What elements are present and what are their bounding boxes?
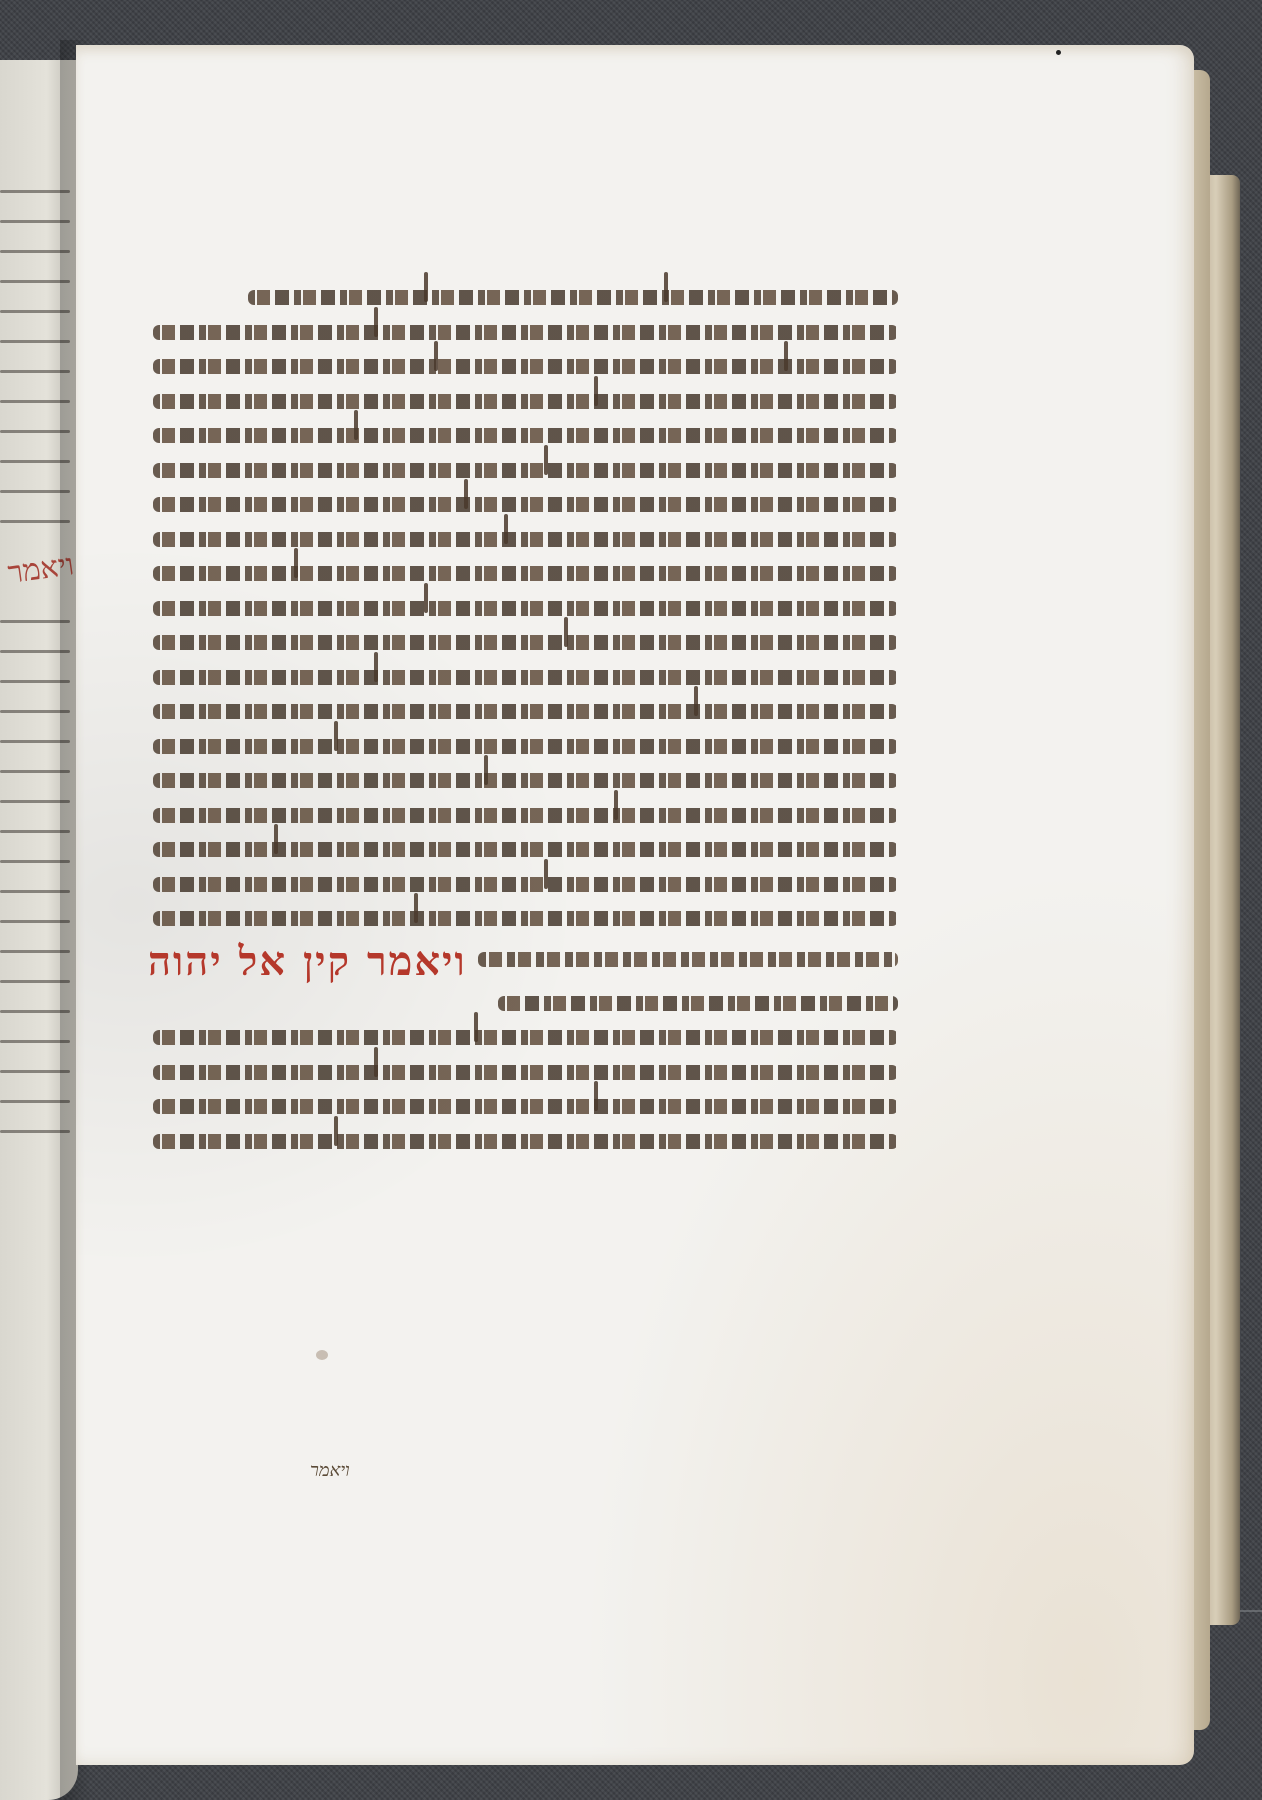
text-line <box>148 1089 898 1124</box>
text-line <box>148 556 898 591</box>
text-line <box>148 625 898 660</box>
text-line <box>148 1124 898 1159</box>
red-rubric-heading: ויאמר קין אל יהוה <box>148 938 467 985</box>
text-line <box>148 453 898 488</box>
text-line <box>148 522 898 557</box>
ink-spot <box>316 1350 328 1360</box>
text-line <box>148 280 898 315</box>
main-text-block: ויאמר קין אל יהוה <box>148 280 898 1158</box>
text-line <box>148 763 898 798</box>
text-line <box>148 591 898 626</box>
pin-hole <box>1056 50 1061 55</box>
text-line <box>148 901 898 936</box>
rubric-line: ויאמר קין אל יהוה <box>148 936 898 986</box>
text-line <box>148 867 898 902</box>
text-line <box>148 384 898 419</box>
text-line <box>148 832 898 867</box>
text-line <box>148 1020 898 1055</box>
text-line <box>148 418 898 453</box>
text-line <box>148 349 898 384</box>
text-line <box>148 729 898 764</box>
text-line <box>148 1055 898 1090</box>
text-line <box>148 986 898 1021</box>
text-line <box>148 798 898 833</box>
text-line <box>148 487 898 522</box>
text-line <box>148 660 898 695</box>
catchword: ויאמר <box>310 1460 350 1481</box>
text-line <box>148 694 898 729</box>
